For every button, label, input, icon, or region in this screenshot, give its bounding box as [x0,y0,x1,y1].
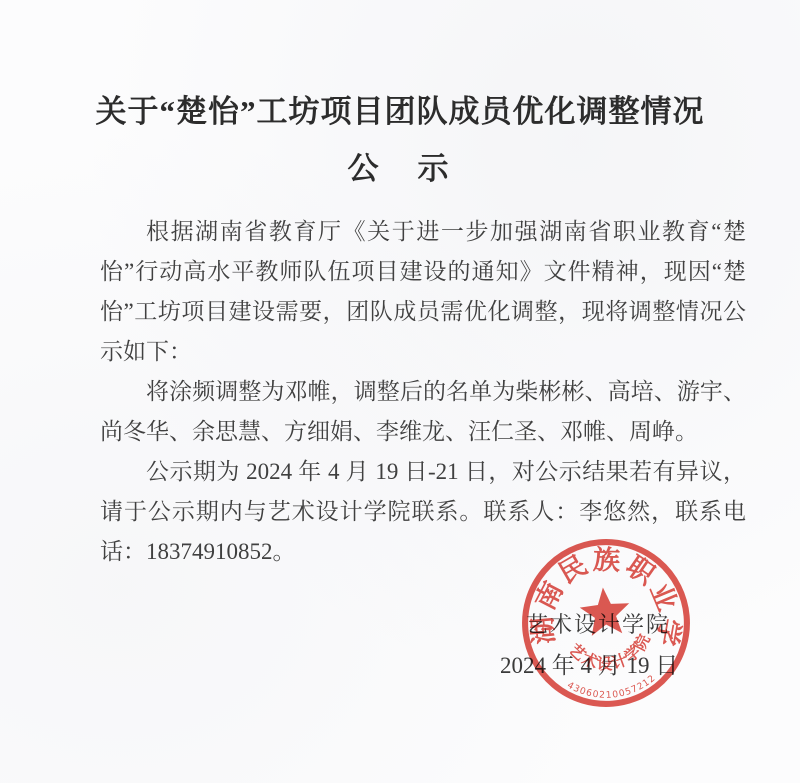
seal-star-icon [578,585,632,636]
body-paragraph: 根据湖南省教育厅《关于进一步加强湖南省职业教育“楚怡”行动高水平教师队伍项目建设… [100,212,746,372]
body-paragraph: 将涂频调整为邓帷，调整后的名单为柴彬彬、高培、游宇、尚冬华、余思慧、方细娟、李维… [100,372,746,452]
seal-ring-text: 湖南民族职业学院 [512,529,688,667]
document-title-line1: 关于“楚怡”工坊项目团队成员优化调整情况 [0,86,800,131]
document-body: 根据湖南省教育厅《关于进一步加强湖南省职业教育“楚怡”行动高水平教师队伍项目建设… [100,212,746,572]
official-seal: 湖南民族职业学院 艺术设计学院 43060210057212 [512,529,701,718]
document-title-line2: 公 示 [0,143,800,188]
seal-inner-text: 艺术设计学院 [564,628,657,677]
scanned-notice-document: 关于“楚怡”工坊项目团队成员优化调整情况 公 示 根据湖南省教育厅《关于进一步加… [0,0,800,783]
